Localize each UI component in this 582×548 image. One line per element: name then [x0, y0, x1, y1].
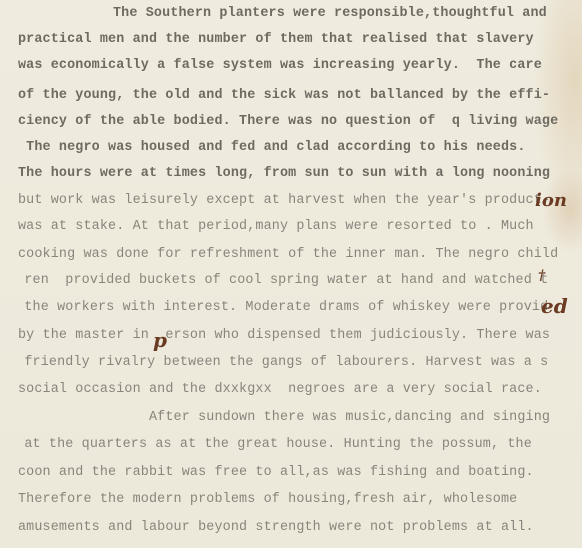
text-line: but work was leisurely except at harvest…	[18, 193, 550, 209]
text-line: the workers with interest. Moderate dram…	[8, 300, 548, 316]
text-line: social occasion and the dxxkgxx negroes …	[18, 382, 542, 398]
text-line: practical men and the number of them tha…	[18, 32, 534, 48]
text-line: The Southern planters were responsible,t…	[113, 6, 547, 22]
handwritten-correction: ed	[541, 294, 568, 318]
text-line: amusements and labour beyond strength we…	[18, 520, 534, 536]
handwritten-correction: p	[153, 328, 167, 352]
text-line: The hours were at times long, from sun t…	[18, 166, 550, 182]
text-line: ren provided buckets of cool spring wate…	[8, 273, 548, 289]
text-line: of the young, the old and the sick was n…	[18, 88, 550, 104]
text-line: coon and the rabbit was free to all,as w…	[18, 465, 534, 481]
text-line: was economically a false system was incr…	[18, 58, 542, 74]
text-line: at the quarters as at the great house. H…	[8, 437, 532, 453]
text-line: The negro was housed and fed and clad ac…	[18, 140, 526, 156]
text-line: was at stake. At that period,many plans …	[18, 219, 534, 235]
text-line: friendly rivalry between the gangs of la…	[8, 355, 548, 371]
text-line: Therefore the modern problems of housing…	[18, 492, 517, 508]
typewritten-page: The Southern planters were responsible,t…	[0, 0, 582, 548]
handwritten-correction: ion	[535, 190, 567, 211]
text-line: ciency of the able bodied. There was no …	[18, 114, 558, 130]
text-line: cooking was done for refreshment of the …	[18, 247, 558, 263]
text-line: After sundown there was music,dancing an…	[18, 410, 550, 426]
handwritten-correction: †	[538, 268, 545, 284]
text-line: by the master in erson who dispensed the…	[18, 328, 550, 344]
